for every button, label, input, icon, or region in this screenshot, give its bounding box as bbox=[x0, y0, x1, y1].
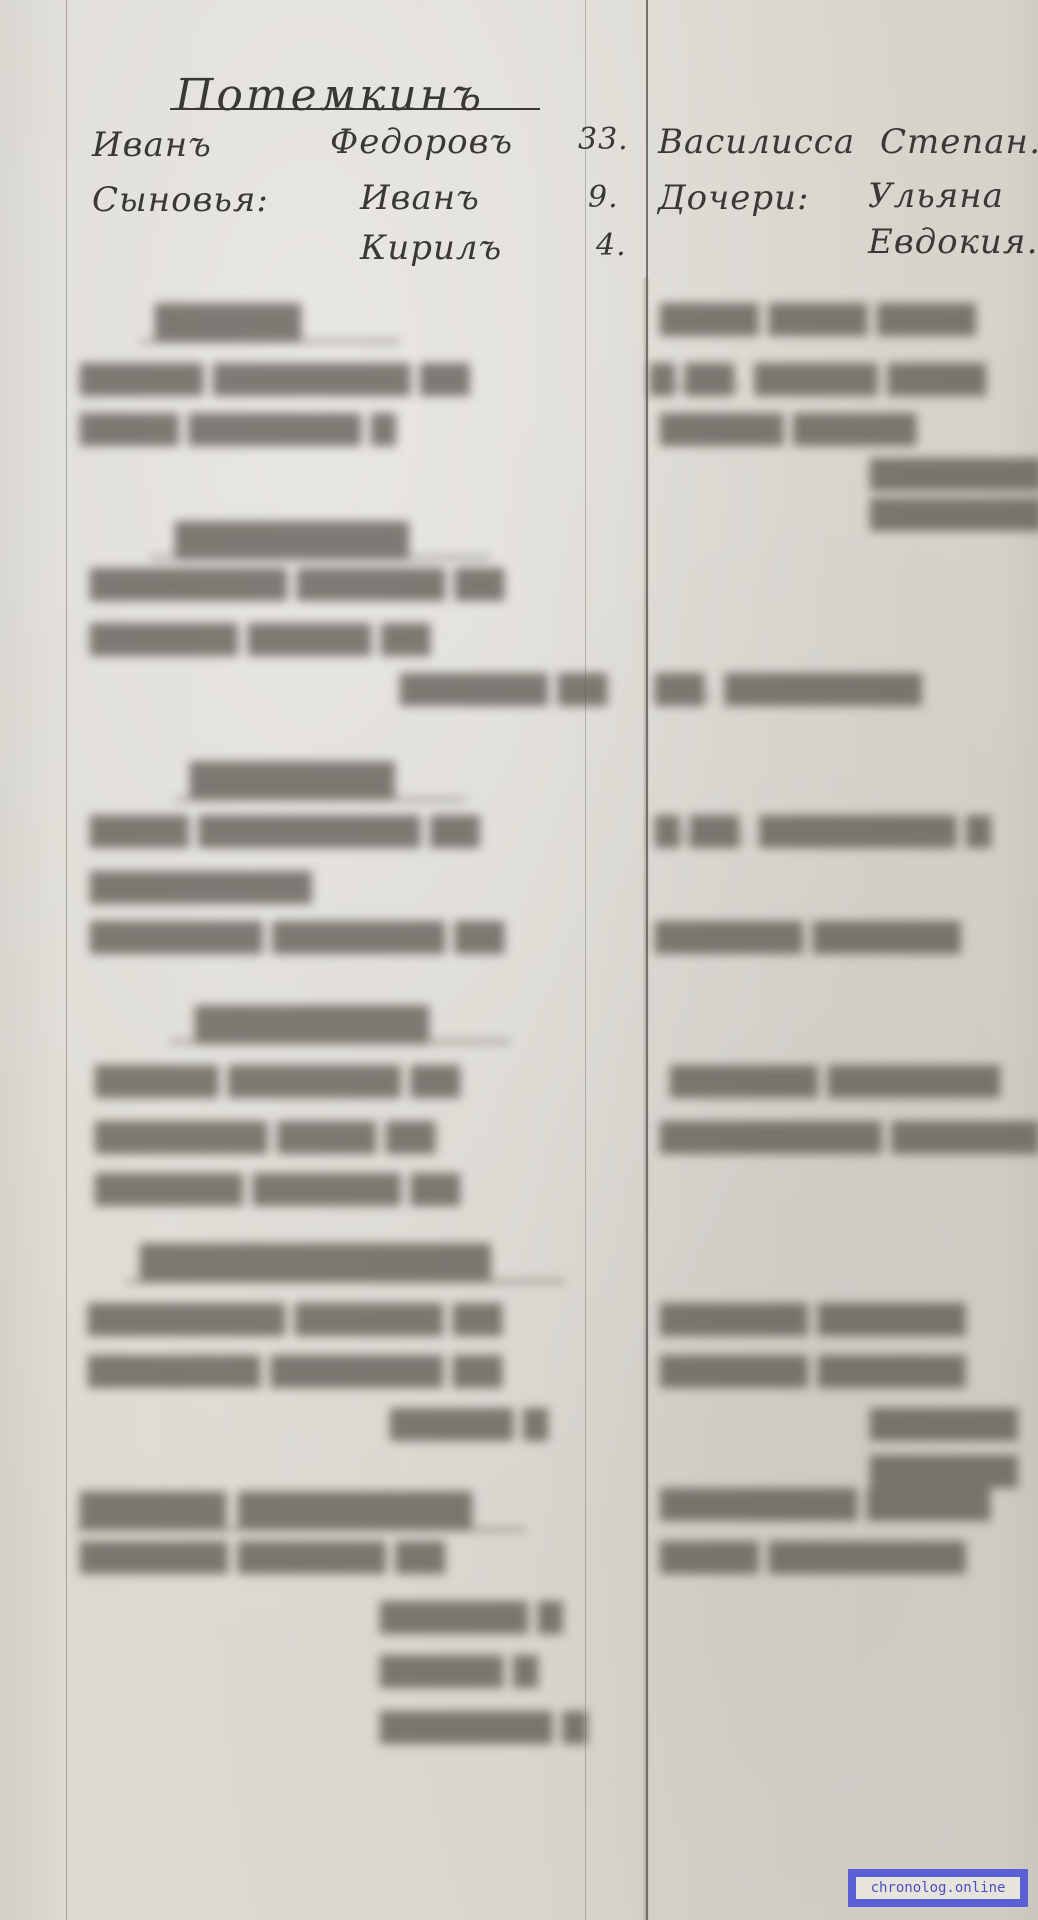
blurred-row: ▇▇▇▇▇▇▇▇ ▇▇▇▇▇▇ ▇▇ bbox=[90, 563, 504, 601]
blurred-row: ▇▇▇▇▇▇ ▇▇ bbox=[400, 668, 607, 706]
blurred-row: ▇▇▇▇▇▇▇ ▇ bbox=[380, 1706, 587, 1744]
title-underline bbox=[75, 1528, 525, 1531]
person-name: Федоровъ bbox=[330, 122, 513, 162]
blurred-family-title: ▇▇▇▇▇ bbox=[155, 298, 301, 342]
blurred-row-right: ▇▇▇▇▇▇▇▇ ▇▇▇▇▇ bbox=[660, 1483, 990, 1521]
row-label: Иванъ bbox=[92, 125, 212, 165]
person-name: Иванъ bbox=[360, 178, 480, 218]
blurred-row: ▇▇▇▇ ▇▇▇▇▇▇▇ ▇ bbox=[80, 408, 396, 446]
blurred-row: ▇▇▇▇▇ ▇▇▇▇▇▇▇▇ ▇▇ bbox=[80, 358, 469, 396]
title-underline bbox=[170, 1040, 510, 1043]
wife-name: Василисса bbox=[658, 122, 855, 162]
blurred-row-right: ▇▇. ▇▇▇▇▇▇▇▇ bbox=[655, 668, 921, 706]
blurred-family-title: ▇▇▇▇▇ ▇▇▇▇▇▇▇▇ bbox=[80, 1486, 472, 1530]
blurred-row: ▇▇▇▇▇ ▇ bbox=[390, 1403, 548, 1441]
row-label: Сыновья: bbox=[92, 180, 269, 220]
title-underline bbox=[125, 1280, 565, 1283]
blurred-row: ▇▇▇▇ ▇▇▇▇▇▇▇▇▇ ▇▇ bbox=[90, 810, 479, 848]
blurred-row-right: ▇.▇▇. ▇▇▇▇▇ ▇▇▇▇ bbox=[650, 358, 986, 396]
blurred-row-right: ▇▇▇▇▇▇ ▇▇▇▇▇▇▇ bbox=[670, 1060, 1000, 1098]
blurred-family-title: ▇▇▇▇▇▇▇▇ bbox=[175, 516, 409, 560]
blurred-row: ▇▇▇▇▇▇▇▇▇ bbox=[90, 866, 311, 904]
blurred-row-right: ▇▇▇▇▇▇▇ bbox=[870, 493, 1038, 531]
blurred-row-right: ▇▇▇▇▇▇ ▇▇▇▇▇▇ bbox=[655, 916, 960, 954]
blurred-row-right: ▇▇▇▇▇▇ ▇▇▇▇▇▇ bbox=[660, 1350, 965, 1388]
blurred-row: ▇▇▇▇▇▇ ▇▇▇▇▇ ▇▇ bbox=[90, 618, 430, 656]
blurred-row-right: ▇.▇▇. ▇▇▇▇▇▇▇▇ ▇ bbox=[655, 810, 991, 848]
blurred-row: ▇▇▇▇▇▇ ▇▇▇▇▇▇ ▇▇ bbox=[95, 1168, 460, 1206]
person-age: 9. bbox=[588, 180, 619, 215]
blurred-row: ▇▇▇▇▇ ▇▇▇▇▇▇▇ ▇▇ bbox=[95, 1060, 460, 1098]
watermark-badge: chronolog.online bbox=[848, 1869, 1028, 1907]
blurred-census-entries: ▇▇▇▇▇ ▇▇▇▇▇ ▇▇▇▇▇▇▇▇ ▇▇ ▇▇▇▇ ▇▇▇▇▇▇▇ ▇ ▇… bbox=[0, 278, 1038, 1920]
title-underline bbox=[175, 798, 465, 801]
blurred-row: ▇▇▇▇▇▇ ▇ bbox=[380, 1596, 562, 1634]
document-page: Потемкинъ Иванъ Федоровъ 33. Сыновья: Ив… bbox=[0, 0, 1038, 1920]
daughter-name: Ульяна bbox=[868, 176, 1004, 216]
blurred-row: ▇▇▇▇▇▇▇▇ ▇▇▇▇▇▇ ▇▇ bbox=[88, 1298, 502, 1336]
surname-underline bbox=[170, 108, 540, 110]
family-surname: Потемкинъ bbox=[175, 70, 484, 121]
blurred-family-title: ▇▇▇▇▇▇▇ bbox=[190, 756, 395, 800]
blurred-row: ▇▇▇▇▇▇▇ ▇▇▇▇▇▇▇ ▇▇ bbox=[90, 916, 504, 954]
wife-patronymic: Степан… bbox=[880, 122, 1038, 162]
blurred-family-title: ▇▇▇▇▇▇▇▇▇▇▇▇ bbox=[140, 1238, 491, 1282]
blurred-row-right: ▇▇▇▇▇▇▇ bbox=[870, 453, 1038, 491]
blurred-family-title: ▇▇▇▇▇▇▇▇ bbox=[195, 1000, 429, 1044]
blurred-row-right: ▇▇▇▇▇ ▇▇▇▇▇ bbox=[660, 408, 916, 446]
person-age: 4. bbox=[596, 228, 627, 263]
blurred-row-right: ▇▇▇▇▇▇ ▇▇▇▇▇▇ bbox=[660, 1298, 965, 1336]
blurred-row: ▇▇▇▇▇ ▇ bbox=[380, 1650, 538, 1688]
daughter-name: Евдокия… bbox=[868, 222, 1038, 262]
blurred-row-right: ▇▇▇▇▇▇ bbox=[870, 1403, 1018, 1441]
person-name: Кирилъ bbox=[360, 228, 502, 268]
blurred-row-right: ▇▇▇▇ ▇▇▇▇ ▇▇▇▇ bbox=[660, 298, 976, 336]
blurred-row-right: ▇▇▇▇▇▇▇▇▇ ▇▇▇▇▇▇ bbox=[660, 1116, 1038, 1154]
row-label: Дочери: bbox=[658, 178, 810, 218]
person-age: 33. bbox=[578, 122, 629, 157]
title-underline bbox=[140, 340, 400, 343]
title-underline bbox=[150, 556, 490, 559]
blurred-row: ▇▇▇▇▇▇ ▇▇▇▇▇▇ ▇▇ bbox=[80, 1536, 445, 1574]
blurred-row-right: ▇▇▇▇ ▇▇▇▇▇▇▇▇ bbox=[660, 1536, 965, 1574]
watermark-text: chronolog.online bbox=[856, 1877, 1020, 1899]
blurred-row: ▇▇▇▇▇▇▇ ▇▇▇▇ ▇▇ bbox=[95, 1116, 435, 1154]
blurred-row: ▇▇▇▇▇▇▇ ▇▇▇▇▇▇▇ ▇▇ bbox=[88, 1350, 502, 1388]
